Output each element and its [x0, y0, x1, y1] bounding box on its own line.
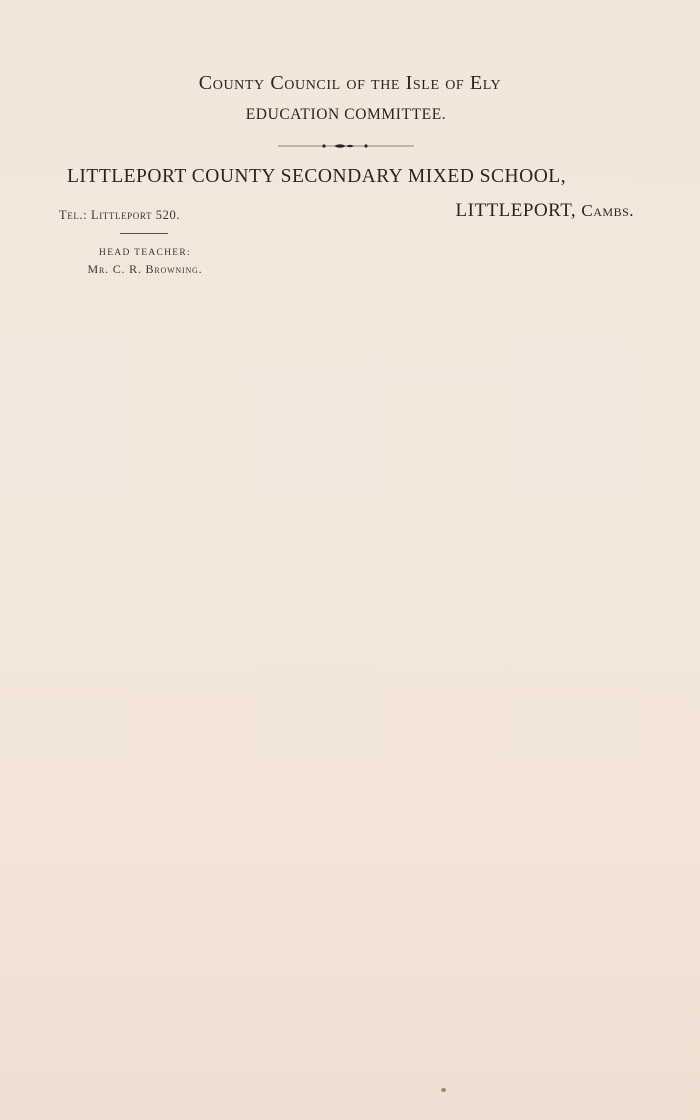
head-teacher-name: Mr. C. R. Browning. [60, 262, 230, 277]
school-address: LITTLEPORT, Cambs. [456, 200, 634, 222]
telephone-number: Tel.: Littleport 520. [59, 208, 180, 223]
committee-subheading: EDUCATION COMMITTEE. [0, 106, 692, 124]
address-town: LITTLEPORT, [456, 200, 577, 221]
flourish-divider-icon [278, 140, 414, 152]
letterhead-page: County Council of the Isle of Ely EDUCAT… [0, 0, 700, 1120]
address-county: Cambs. [581, 201, 634, 220]
paper-speck [441, 1088, 446, 1092]
school-name: LITTLEPORT COUNTY SECONDARY MIXED SCHOOL… [67, 166, 566, 188]
council-heading: County Council of the Isle of Ely [0, 72, 700, 95]
head-teacher-label: HEAD TEACHER: [60, 248, 230, 258]
divider-rule [120, 233, 168, 234]
